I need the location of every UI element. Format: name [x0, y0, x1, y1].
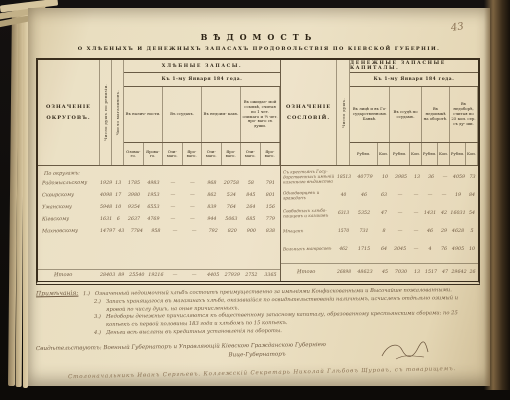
district-name: Махновскому: [38, 227, 100, 234]
table-row: Съ крестьянъ Госу- дарственныхъ имѣній к…: [281, 168, 478, 186]
estate-name: Однодворцевъ и гражданъ: [281, 189, 337, 200]
cell: —: [410, 247, 422, 252]
grain-date-line: Къ 1-му Января 184 года.: [124, 73, 280, 87]
district-name: Радомысльскому: [38, 179, 100, 186]
total-label: Итого: [281, 268, 337, 275]
unit-header-cell: Ярова- го.: [144, 143, 164, 165]
unit-header-cell: Коп.: [466, 143, 478, 165]
cell: —: [410, 229, 422, 234]
page-subtitle: О ХЛѢБНЫХЪ И ДЕНЕЖНЫХЪ ЗАПАСАХЪ ПРОДОВОЛ…: [28, 46, 490, 52]
unit-header-cell: Рубли.: [390, 143, 410, 165]
cell: 4: [422, 247, 438, 252]
cell: 862: [202, 193, 221, 198]
book-photo: 43 ВѢДОМОСТЬ О ХЛѢБНЫХЪ И ДЕНЕЖНЫХЪ ЗАПА…: [0, 0, 510, 400]
cell: —: [183, 217, 202, 222]
money-section: ОЗНАЧЕНІЕ СОСЛОВІЙ. Число душъ. ДЕНЕЖНЫЕ…: [281, 60, 478, 281]
cell: 4405: [204, 273, 223, 278]
group-header-cell: Въ налич- ности.: [124, 87, 163, 142]
estate-souls-column-header: Число душъ.: [337, 60, 350, 165]
note-number: 2.): [94, 299, 106, 315]
cell: 29: [438, 229, 450, 234]
cell: —: [439, 175, 451, 180]
cell: 791: [261, 181, 280, 186]
cell: —: [163, 193, 182, 198]
money-unit-headers: Рубли.Коп.Рубли.Коп.Рубли.Коп.Рубли.Коп.: [350, 143, 478, 165]
souls-column-header: Число душъ по ревизіи.: [100, 60, 112, 165]
unit-header-cell: Ози- маго.: [202, 143, 222, 165]
cell: 3045: [390, 247, 410, 252]
cell: —: [183, 193, 202, 198]
cell: 792: [204, 229, 223, 234]
page-title: ВѢДОМОСТЬ: [28, 32, 490, 42]
cell: 968: [202, 181, 221, 186]
district-name: Сквирскому: [38, 191, 100, 198]
cell: —: [165, 273, 184, 278]
cell: 9354: [124, 205, 143, 210]
table-row: Сквирскому 4098 17 3980 1953 — — 862 534…: [38, 189, 280, 201]
cell: 13: [411, 270, 423, 275]
cell: 19: [450, 193, 466, 198]
cell: 4059: [451, 175, 467, 180]
grain-rows: Радомысльскому 1929 13 1785 4983 — — 968…: [38, 177, 280, 237]
cell: —: [390, 229, 410, 234]
cell: 46: [350, 193, 378, 198]
cell: 944: [202, 217, 221, 222]
cell: 731: [350, 229, 378, 234]
cell: —: [163, 205, 182, 210]
grain-body: По округамъ: Радомысльскому 1929 13 1785…: [38, 166, 280, 281]
cell: 1715: [350, 247, 378, 252]
cell: 89: [115, 273, 127, 278]
cell: 54: [466, 211, 478, 216]
unit-header-cell: Яро- ваго.: [261, 143, 281, 165]
cell: 17: [112, 193, 124, 198]
cell: 48623: [351, 270, 379, 275]
cell: 14797: [100, 229, 115, 234]
table-row: Кіевскому 1631 6 2637 4769 — — 944 5063 …: [38, 213, 280, 225]
district-name: Уманскому: [38, 203, 100, 210]
note-number: 1.): [83, 291, 95, 299]
estate-name: Свободныхъ хлѣбо- пашцевъ и казаковъ: [281, 207, 337, 218]
cell: 462: [337, 247, 350, 252]
cell: 40: [337, 193, 350, 198]
cell: 5948: [100, 205, 112, 210]
cell: 264: [241, 205, 260, 210]
cell: 13: [112, 181, 124, 186]
grain-section-title: ХЛѢБНЫЕ ЗАПАСЫ.: [124, 60, 280, 73]
group-header-cell: Въ лицѣ и въ Го- сударственномъ Банкѣ.: [350, 87, 390, 142]
grain-header: ОЗНАЧЕНІЕ ОКРУГОВЪ. Число душъ по ревизі…: [38, 60, 280, 166]
cell: 45: [379, 270, 391, 275]
cell: —: [183, 205, 202, 210]
cell: —: [438, 193, 450, 198]
cell: 6: [112, 217, 124, 222]
note-number: 3.): [94, 314, 106, 330]
cell: 6313: [337, 211, 350, 216]
cell: 900: [242, 229, 261, 234]
grain-section: ОЗНАЧЕНІЕ ОКРУГОВЪ. Число душъ по ревизі…: [38, 60, 281, 281]
cell: 1431: [422, 211, 438, 216]
cell: 10: [379, 175, 391, 180]
cell: 4628: [450, 229, 466, 234]
cell: 26898: [337, 270, 351, 275]
cell: 4769: [144, 217, 163, 222]
page-curl-edge: [484, 0, 510, 390]
cell: —: [163, 181, 182, 186]
unit-header-cell: Коп.: [378, 143, 390, 165]
grain-unit-headers: Озима- го.Ярова- го.Ози- маго.Яро- ваго.…: [124, 143, 280, 165]
cell: 36: [423, 175, 439, 180]
table-row: Свободныхъ хлѣбо- пашцевъ и казаковъ 631…: [281, 204, 478, 222]
statistics-table: ОЗНАЧЕНІЕ ОКРУГОВЪ. Число душъ по ревизі…: [36, 58, 480, 285]
clerk-signature-line: Столоначальникъ Иванъ Сергѣевъ. Коллежск…: [68, 366, 470, 380]
district-name: Кіевскому: [38, 215, 100, 222]
cell: 64: [378, 247, 390, 252]
table-row: Радомысльскому 1929 13 1785 4983 — — 968…: [38, 177, 280, 189]
attestation-line: Свидѣтельствуютъ: Военный Губернаторъ и …: [36, 342, 326, 352]
group-header-cell: Въ недоборѣ, считая по 25 коп. сер. съ д…: [450, 87, 478, 142]
cell: 2637: [124, 217, 143, 222]
districts-column-header: ОЗНАЧЕНІЕ ОКРУГОВЪ.: [38, 60, 100, 165]
cell: 3365: [261, 273, 280, 278]
table-row: Уманскому 5948 10 9354 6553 — — 839 764 …: [38, 201, 280, 213]
cell: —: [410, 211, 422, 216]
cell: 838: [261, 229, 280, 234]
grain-group-block: ХЛѢБНЫЕ ЗАПАСЫ. Къ 1-му Января 184 года.…: [124, 60, 280, 165]
unit-header-cell: Коп.: [438, 143, 450, 165]
cell: 13: [411, 175, 423, 180]
cell: —: [183, 181, 202, 186]
cell: 16031: [450, 211, 466, 216]
notes-label: Примѣчанія:: [36, 289, 79, 299]
group-header-cell: Въ ссудахъ.: [163, 87, 202, 142]
cell: 7784: [127, 229, 146, 234]
unit-header-cell: Ози- маго.: [163, 143, 183, 165]
cell: 18513: [337, 175, 351, 180]
cell: 820: [223, 229, 242, 234]
cell: 534: [222, 193, 241, 198]
cell: 3980: [124, 193, 143, 198]
cell: 845: [241, 193, 260, 198]
notes-list: 1.) Означенный недоимочный хлѣбъ состоит…: [36, 289, 478, 336]
cell: 4098: [100, 193, 112, 198]
money-total-row: Итого 26898 48623 45 7030 13 1517 47 296…: [281, 263, 478, 281]
cell: —: [165, 229, 184, 234]
grain-group-headers: Въ налич- ности.Въ ссудахъ.Въ недоим- ка…: [124, 87, 280, 143]
unit-header-cell: Коп.: [410, 143, 422, 165]
cell: 1631: [100, 217, 112, 222]
note-text: Деньги всѣ высланы въ кредитныя установл…: [106, 328, 282, 338]
cell: 84: [466, 193, 478, 198]
stores-column-header: Число магазиновъ.: [112, 60, 124, 165]
cell: 40779: [351, 175, 379, 180]
grain-total-row: Итого 28403 89 25540 19216 — — 4405 2793…: [38, 269, 280, 281]
cell: —: [163, 217, 182, 222]
document-page: 43 ВѢДОМОСТЬ О ХЛѢБНЫХЪ И ДЕНЕЖНЫХЪ ЗАПА…: [28, 8, 490, 386]
cell: 28403: [100, 273, 115, 278]
cell: 801: [261, 193, 280, 198]
unit-header-cell: Озима- го.: [124, 143, 144, 165]
group-header-cell: Въ недоимкѣ на оборотѣ.: [422, 87, 450, 142]
cell: 73: [467, 175, 478, 180]
cell: 6553: [144, 205, 163, 210]
cell: 1953: [144, 193, 163, 198]
cell: 2752: [242, 273, 261, 278]
cell: 5063: [222, 217, 241, 222]
cell: 10: [112, 205, 124, 210]
group-header-cell: Въ ожидае- мой ссыпкѣ, считая по 1 чет. …: [241, 87, 280, 142]
cell: 1570: [337, 229, 350, 234]
note-number: 4.): [94, 330, 106, 338]
cell: 20758: [222, 181, 241, 186]
cell: 4983: [144, 181, 163, 186]
money-body: Съ крестьянъ Госу- дарственныхъ имѣній к…: [281, 166, 478, 281]
cell: 19216: [146, 273, 165, 278]
money-group-headers: Въ лицѣ и въ Го- сударственномъ Банкѣ.Въ…: [350, 87, 478, 143]
estates-column-header: ОЗНАЧЕНІЕ СОСЛОВІЙ.: [281, 60, 337, 165]
cell: 779: [261, 217, 280, 222]
cell: 1517: [423, 270, 439, 275]
notes-block: Примѣчанія: 1.) Означенный недоимочный х…: [36, 289, 478, 336]
cell: —: [422, 193, 438, 198]
unit-header-cell: Яро- ваго.: [183, 143, 203, 165]
cell: 10: [466, 247, 478, 252]
group-header-cell: Въ ссудѣ по ссудамъ.: [390, 87, 422, 142]
group-header-cell: Въ недоим- кахъ.: [202, 87, 241, 142]
cell: 26: [467, 270, 478, 275]
estate-name: Мѣщанъ: [281, 228, 337, 234]
cell: 839: [202, 205, 221, 210]
unit-header-cell: Рубли.: [422, 143, 438, 165]
table-row: Вольныхъ матросовъ 462 1715 64 3045 — 4 …: [281, 240, 478, 258]
money-header: ОЗНАЧЕНІЕ СОСЛОВІЙ. Число душъ. ДЕНЕЖНЫЕ…: [281, 60, 478, 166]
cell: 27939: [223, 273, 242, 278]
cell: 46: [422, 229, 438, 234]
unit-header-cell: Яро- ваго.: [222, 143, 242, 165]
cell: —: [410, 193, 422, 198]
cell: 4905: [450, 247, 466, 252]
cell: 1929: [100, 181, 112, 186]
unit-header-cell: Ози- маго.: [241, 143, 261, 165]
cell: 63: [378, 193, 390, 198]
cell: 43: [115, 229, 127, 234]
money-group-block: ДЕНЕЖНЫЕ ЗАПАСНЫЕ КАПИТАЛЫ. Къ 1-му Янва…: [350, 60, 478, 165]
money-section-title: ДЕНЕЖНЫЕ ЗАПАСНЫЕ КАПИТАЛЫ.: [350, 60, 478, 73]
cell: —: [390, 211, 410, 216]
cell: 47: [439, 270, 451, 275]
unit-header-cell: Рубли.: [350, 143, 378, 165]
cell: 29642: [451, 270, 467, 275]
cell: 156: [261, 205, 280, 210]
total-label: Итого: [38, 271, 100, 278]
table-row: Мѣщанъ 1570 731 8 — — 46 29 4628 5: [281, 222, 478, 240]
cell: —: [390, 193, 410, 198]
table-row: Однодворцевъ и гражданъ 40 46 63 — — — —…: [281, 186, 478, 204]
cell: 958: [146, 229, 165, 234]
cell: 8: [378, 229, 390, 234]
cell: —: [185, 273, 204, 278]
money-rows: Съ крестьянъ Госу- дарственныхъ имѣній к…: [281, 168, 478, 258]
cell: —: [185, 229, 204, 234]
cell: 3985: [391, 175, 411, 180]
cell: 685: [241, 217, 260, 222]
cell: 5352: [350, 211, 378, 216]
cell: 764: [222, 205, 241, 210]
cell: 76: [438, 247, 450, 252]
signature-flourish-icon: [378, 340, 430, 366]
cell: 25540: [127, 273, 146, 278]
estate-name: Съ крестьянъ Госу- дарственныхъ имѣній к…: [281, 169, 337, 185]
cell: 5: [466, 229, 478, 234]
cell: 1785: [124, 181, 143, 186]
cell: 7030: [391, 270, 411, 275]
unit-header-cell: Рубли.: [450, 143, 466, 165]
estate-name: Вольныхъ матросовъ: [281, 246, 337, 252]
money-date-line: Къ 1-му Января 184 года.: [350, 73, 478, 87]
cell: 42: [438, 211, 450, 216]
table-row: Махновскому 14797 43 7784 958 — — 792 82…: [38, 225, 280, 237]
cell: 58: [241, 181, 260, 186]
cell: 47: [378, 211, 390, 216]
